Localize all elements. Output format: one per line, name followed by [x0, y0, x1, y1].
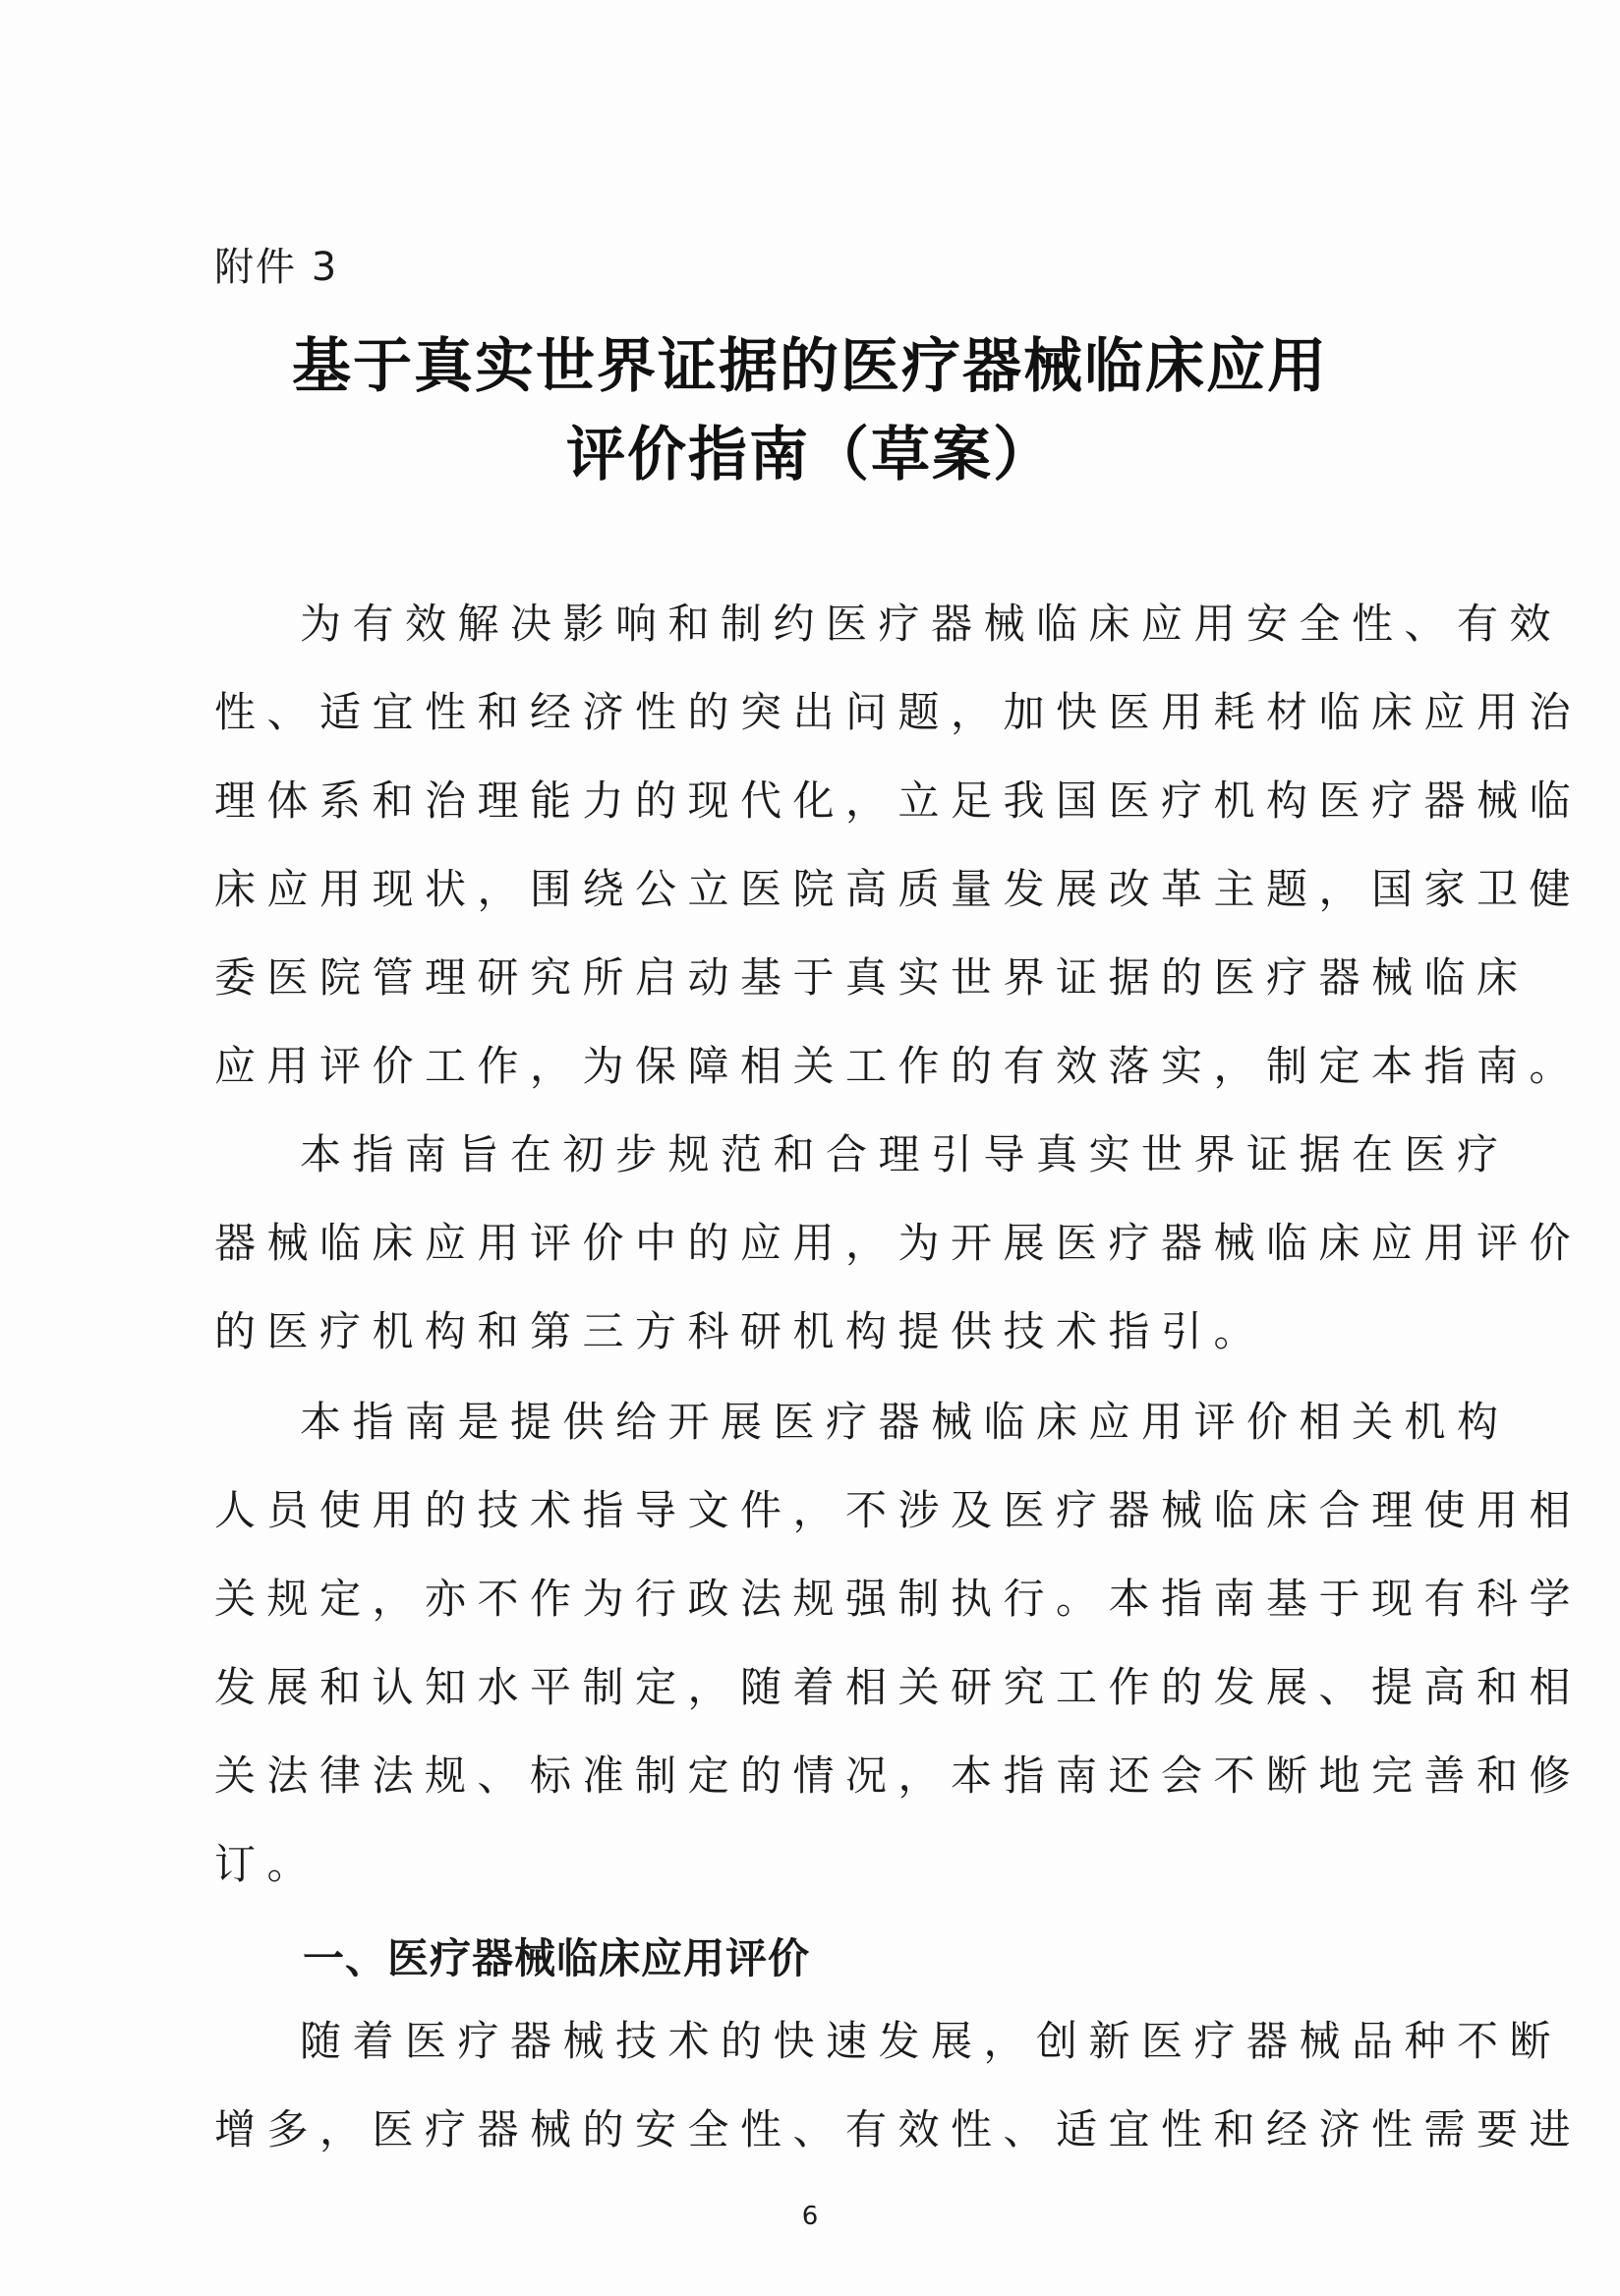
- paragraph-1-line: 为有效解决影响和制约医疗器械临床应用安全性、有效: [300, 598, 1369, 651]
- paragraph-3-line: 发展和认知水平制定，随着相关研究工作的发展、提高和相: [214, 1661, 1369, 1714]
- section-paragraph-line: 增多，医疗器械的安全性、有效性、适宜性和经济性需要进: [214, 2103, 1369, 2156]
- paragraph-3-line: 人员使用的技术指导文件，不涉及医疗器械临床合理使用相: [214, 1484, 1369, 1537]
- page-number: 6: [0, 2202, 1620, 2231]
- paragraph-1-line: 应用评价工作，为保障相关工作的有效落实，制定本指南。: [214, 1040, 1369, 1093]
- paragraph-1-line: 性、适宜性和经济性的突出问题，加快医用耗材临床应用治: [214, 686, 1369, 739]
- paragraph-3-line: 关法律法规、标准制定的情况，本指南还会不断地完善和修: [214, 1750, 1369, 1803]
- section-heading: 一、医疗器械临床应用评价: [303, 1926, 810, 1985]
- paragraph-1-line: 委医院管理研究所启动基于真实世界证据的医疗器械临床: [214, 951, 1369, 1004]
- paragraph-1-line: 床应用现状，围绕公立医院高质量发展改革主题，国家卫健: [214, 863, 1369, 916]
- paragraph-2-line: 器械临床应用评价中的应用，为开展医疗器械临床应用评价: [214, 1217, 1369, 1270]
- document-page: 附件 3 基于真实世界证据的医疗器械临床应用 评价指南（草案） 为有效解决影响和…: [0, 0, 1620, 2296]
- paragraph-3-line: 本指南是提供给开展医疗器械临床应用评价相关机构: [300, 1396, 1369, 1449]
- document-title-line-2: 评价指南（草案）: [0, 408, 1620, 492]
- section-paragraph-line: 随着医疗器械技术的快速发展，创新医疗器械品种不断: [300, 2015, 1369, 2068]
- document-title-line-1: 基于真实世界证据的医疗器械临床应用: [0, 319, 1620, 404]
- paragraph-1-line: 理体系和治理能力的现代化，立足我国医疗机构医疗器械临: [214, 775, 1369, 828]
- attachment-label: 附件 3: [214, 236, 338, 292]
- paragraph-3-line: 关规定，亦不作为行政法规强制执行。本指南基于现有科学: [214, 1573, 1369, 1626]
- paragraph-3-line: 订。: [214, 1838, 1369, 1891]
- paragraph-2-line: 本指南旨在初步规范和合理引导真实世界证据在医疗: [300, 1128, 1369, 1181]
- paragraph-2-line: 的医疗机构和第三方科研机构提供技术指引。: [214, 1305, 1369, 1358]
